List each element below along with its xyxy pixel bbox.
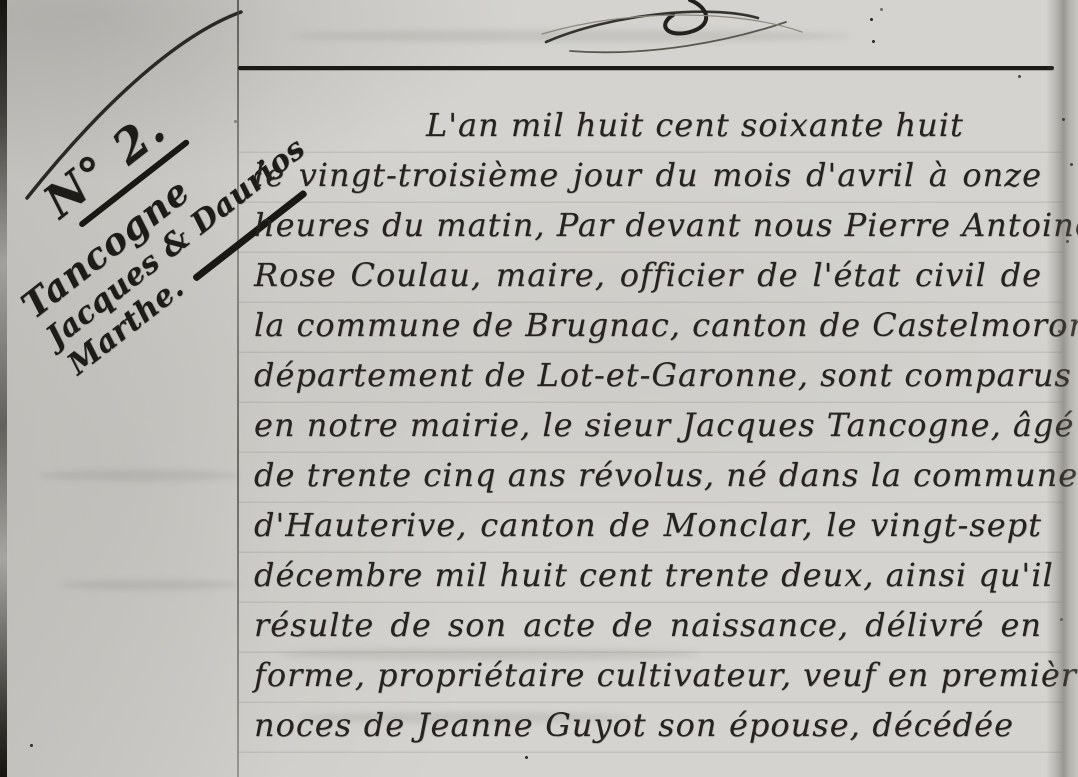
act-body: L'an mil huit cent soixante huit le ving… [254,100,1042,750]
header-rule-horizontal [238,66,1054,70]
ink-flourish-top [540,0,810,60]
act-line: L'an mil huit cent soixante huit [254,100,1042,150]
paper-speckles [870,18,873,21]
bleed-through-streak [60,580,240,590]
act-line: d'Hauterive, canton de Monclar, le vingt… [254,500,1042,550]
act-line: résulte de son acte de naissance, délivr… [254,600,1042,650]
scanned-register-page: N° 2. Tancogne Jacques & Daurios Marthe.… [0,0,1078,777]
act-line: noces de Jeanne Guyot son épouse, décédé… [254,700,1042,750]
act-line: décembre mil huit cent trente deux, ains… [254,550,1042,600]
bleed-through-streak [40,470,240,481]
page-left-edge [0,0,7,777]
act-line: département de Lot-et-Garonne, sont comp… [254,350,1042,400]
act-line: forme, propriétaire cultivateur, veuf en… [254,650,1042,700]
act-line: en notre mairie, le sieur Jacques Tancog… [254,400,1042,450]
act-line: la commune de Brugnac, canton de Castelm… [254,300,1042,350]
act-line: heures du matin, Par devant nous Pierre … [254,200,1042,250]
act-line: de trente cinq ans révolus, né dans la c… [254,450,1042,500]
page-right-edge [1046,0,1078,777]
act-line: Rose Coulau, maire, officier de l'état c… [254,250,1042,300]
act-line: le vingt-troisième jour du mois d'avril … [254,150,1042,200]
